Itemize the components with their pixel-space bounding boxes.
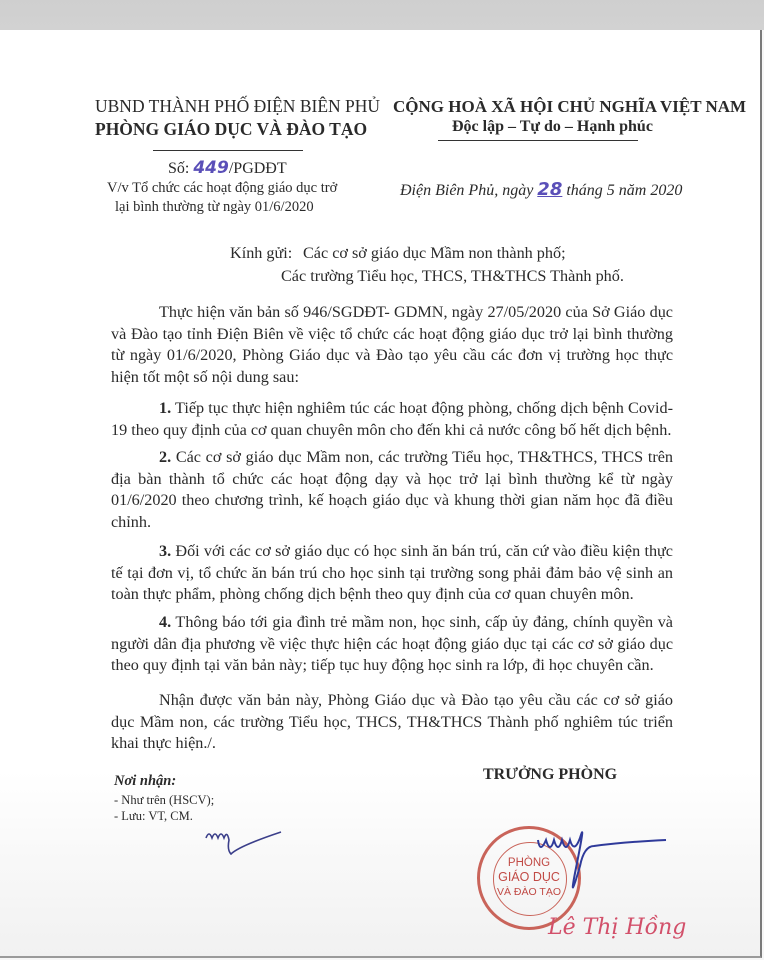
top-margin-bar — [0, 0, 764, 30]
recipient-line-1: - Như trên (HSCV); — [114, 792, 214, 808]
handwritten-signature-icon — [530, 800, 670, 890]
subject-line-2: lại bình thường từ ngày 01/6/2020 — [115, 199, 314, 216]
recipients-title: Nơi nhận: — [114, 773, 176, 790]
item-2-text: Các cơ sở giáo dục Mầm non, các trường T… — [111, 448, 673, 531]
document-number: Số: 449/PGDĐT — [168, 158, 287, 178]
document-number-prefix: Số: — [168, 160, 193, 177]
closing-paragraph: Nhận được văn bản này, Phòng Giáo dục và… — [111, 690, 673, 755]
item-1-text: Tiếp tục thực hiện nghiêm túc các hoạt đ… — [111, 399, 673, 439]
issuing-office: PHÒNG GIÁO DỤC VÀ ĐÀO TẠO — [95, 119, 367, 140]
item-3-text: Đối với các cơ sở giáo dục có học sinh ă… — [111, 542, 673, 603]
signer-title: TRƯỞNG PHÒNG — [483, 766, 617, 784]
document-number-handwritten: 449 — [193, 158, 229, 178]
item-2: 2. Các cơ sở giáo dục Mầm non, các trườn… — [111, 447, 673, 533]
signer-name: Lê Thị Hồng — [548, 915, 686, 940]
item-4-number: 4. — [159, 613, 171, 631]
national-motto: Độc lập – Tự do – Hạnh phúc — [452, 118, 653, 136]
addressee-line-1: Các cơ sở giáo dục Mầm non thành phố; — [303, 243, 566, 265]
recipient-line-2: - Lưu: VT, CM. — [114, 808, 193, 824]
item-1: 1. Tiếp tục thực hiện nghiêm túc các hoạ… — [111, 398, 673, 441]
document-page: UBND THÀNH PHỐ ĐIỆN BIÊN PHỦ PHÒNG GIÁO … — [0, 30, 762, 958]
office-underline — [153, 150, 303, 151]
item-2-number: 2. — [159, 448, 171, 466]
document-number-suffix: /PGDĐT — [229, 160, 287, 177]
item-3-number: 3. — [159, 542, 171, 560]
issue-date-prefix: Điện Biên Phủ, ngày — [400, 182, 537, 199]
issue-date-day-handwritten: 28 — [537, 179, 562, 200]
item-4-text: Thông báo tới gia đình trẻ mầm non, học … — [111, 613, 673, 674]
intro-paragraph: Thực hiện văn bản số 946/SGDĐT- GDMN, ng… — [111, 302, 673, 388]
initials-scribble-icon — [200, 820, 290, 860]
item-4: 4. Thông báo tới gia đình trẻ mầm non, h… — [111, 612, 673, 677]
issue-date: Điện Biên Phủ, ngày 28 tháng 5 năm 2020 — [400, 179, 682, 200]
issue-date-suffix: tháng 5 năm 2020 — [562, 182, 682, 199]
issuing-authority: UBND THÀNH PHỐ ĐIỆN BIÊN PHỦ — [95, 96, 380, 117]
motto-underline — [438, 140, 638, 141]
addressee-label: Kính gửi: — [230, 243, 292, 265]
item-1-number: 1. — [159, 399, 171, 417]
item-3: 3. Đối với các cơ sở giáo dục có học sin… — [111, 541, 673, 606]
addressee-line-2: Các trường Tiểu học, THCS, TH&THCS Thành… — [281, 266, 624, 288]
nation-title: CỘNG HOÀ XÃ HỘI CHỦ NGHĨA VIỆT NAM — [393, 97, 746, 117]
subject-line-1: V/v Tổ chức các hoạt động giáo dục trở — [107, 180, 337, 197]
